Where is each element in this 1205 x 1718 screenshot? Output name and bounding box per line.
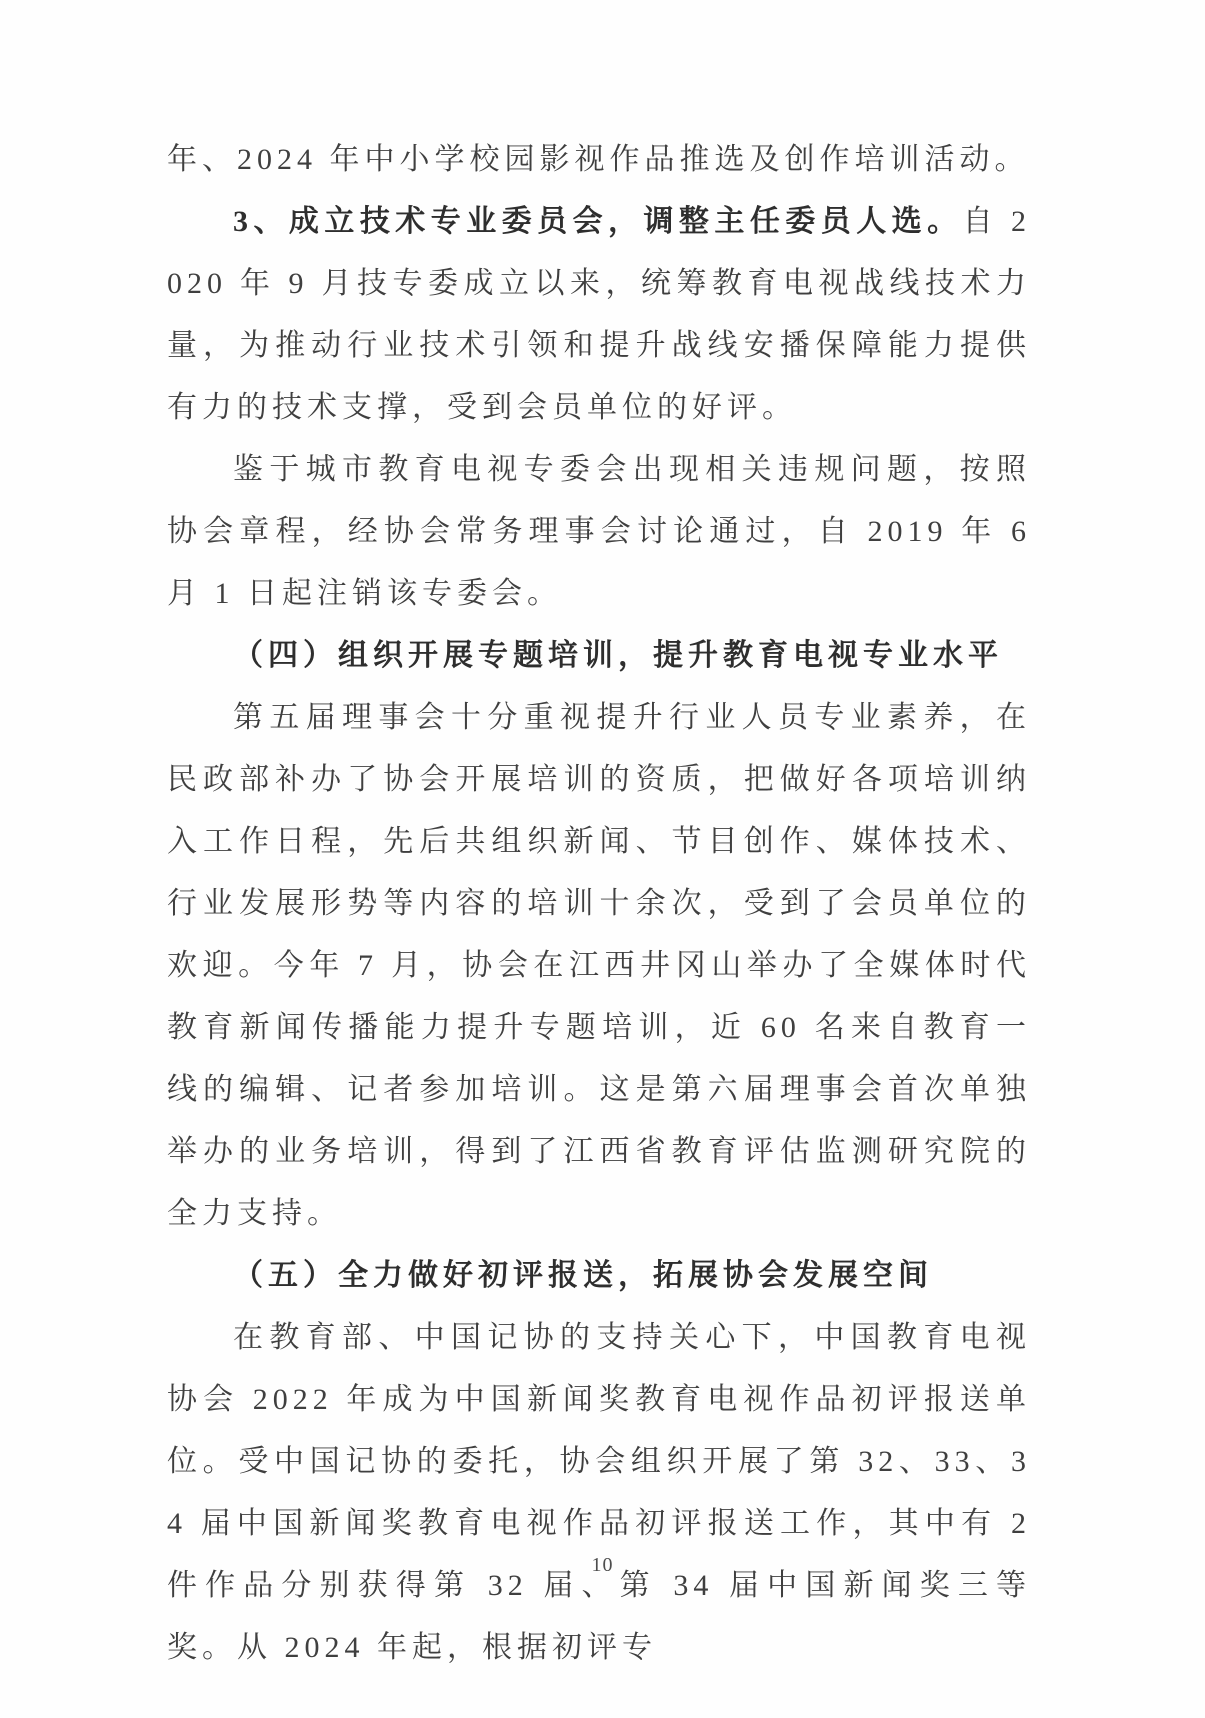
body-paragraph: 鉴于城市教育电视专委会出现相关违规问题，按照协会章程，经协会常务理事会讨论通过，… (167, 439, 1031, 625)
body-paragraph: 3、成立技术专业委员会，调整主任委员人选。自 2020 年 9 月技专委成立以来… (167, 191, 1031, 439)
section-heading: （五）全力做好初评报送，拓展协会发展空间 (167, 1245, 1031, 1307)
document-body: 年、2024 年中小学校园影视作品推选及创作培训活动。3、成立技术专业委员会，调… (167, 129, 1031, 1679)
body-paragraph: 年、2024 年中小学校园影视作品推选及创作培训活动。 (167, 129, 1031, 191)
body-paragraph: 第五届理事会十分重视提升行业人员专业素养，在民政部补办了协会开展培训的资质，把做… (167, 687, 1031, 1245)
body-paragraph: 在教育部、中国记协的支持关心下，中国教育电视协会 2022 年成为中国新闻奖教育… (167, 1307, 1031, 1679)
page-number: 10 (0, 1552, 1205, 1578)
paragraph-bold-lead: 3、成立技术专业委员会，调整主任委员人选。 (233, 205, 963, 238)
section-heading: （四）组织开展专题培训，提升教育电视专业水平 (167, 625, 1031, 687)
document-page: 年、2024 年中小学校园影视作品推选及创作培训活动。3、成立技术专业委员会，调… (0, 0, 1205, 1718)
